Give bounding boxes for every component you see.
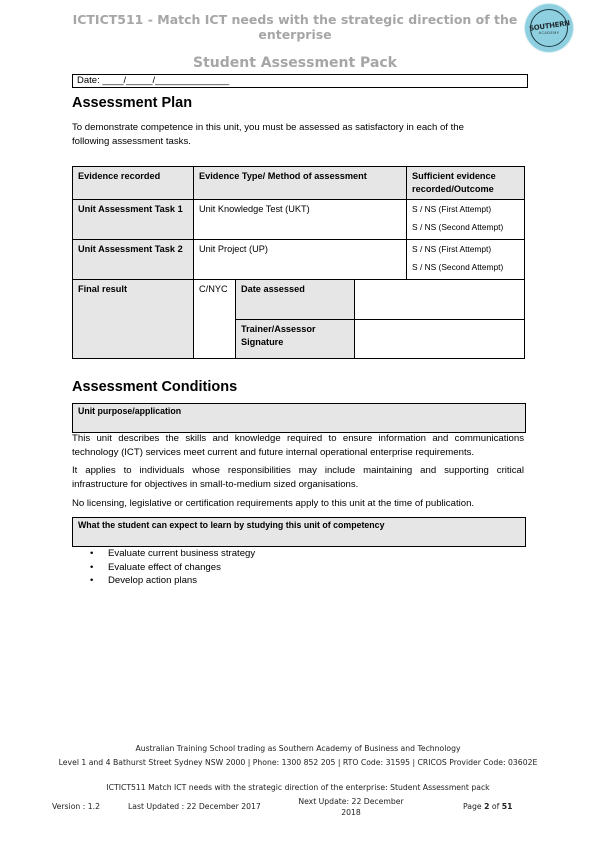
date-field[interactable]: Date: ____/_____/______________ [72, 74, 528, 88]
task-name: Unit Assessment Task 1 [73, 200, 194, 240]
task-outcome[interactable]: S / NS (First Attempt) S / NS (Second At… [407, 200, 525, 240]
footer-organisation: Australian Training School trading as So… [40, 743, 556, 754]
document-title: ICTICT511 - Match ICT needs with the str… [60, 12, 530, 42]
final-result-label: Final result [73, 280, 194, 359]
signature-field[interactable] [355, 320, 525, 359]
column-header: Evidence Type/ Method of assessment [194, 167, 407, 200]
page-of: of [489, 802, 501, 811]
licensing-paragraph: No licensing, legislative or certificati… [72, 497, 524, 511]
assessment-plan-table: Evidence recorded Evidence Type/ Method … [72, 166, 525, 359]
footer-next-update: Next Update: 22 December 2018 [290, 797, 412, 818]
final-result-row: Final result C/NYC Date assessed [73, 280, 525, 320]
final-result-value[interactable]: C/NYC [194, 280, 236, 359]
document-subtitle: Student Assessment Pack [60, 55, 530, 71]
date-assessed-label: Date assessed [236, 280, 355, 320]
unit-applies-paragraph: It applies to individuals whose responsi… [72, 464, 524, 491]
academy-logo: SOUTHERN ACADEMY [525, 4, 573, 52]
logo-ring: SOUTHERN ACADEMY [530, 9, 568, 47]
learning-outcomes-header: What the student can expect to learn by … [72, 517, 526, 547]
table-row: Unit Assessment Task 1 Unit Knowledge Te… [73, 200, 525, 240]
learning-outcomes-list: Evaluate current business strategy Evalu… [72, 547, 255, 588]
list-item: Evaluate current business strategy [108, 547, 255, 561]
task-outcome[interactable]: S / NS (First Attempt) S / NS (Second At… [407, 240, 525, 280]
assessment-plan-heading: Assessment Plan [72, 95, 192, 111]
assessment-plan-intro: To demonstrate competence in this unit, … [72, 121, 492, 148]
date-assessed-field[interactable] [355, 280, 525, 320]
table-header-row: Evidence recorded Evidence Type/ Method … [73, 167, 525, 200]
task-name: Unit Assessment Task 2 [73, 240, 194, 280]
footer-version: Version : 1.2 [52, 802, 100, 813]
outcome-second-attempt[interactable]: S / NS (Second Attempt) [412, 218, 519, 236]
unit-purpose-paragraph: This unit describes the skills and knowl… [72, 432, 524, 459]
outcome-first-attempt[interactable]: S / NS (First Attempt) [412, 200, 519, 218]
outcome-second-attempt[interactable]: S / NS (Second Attempt) [412, 258, 519, 276]
table-row: Unit Assessment Task 2 Unit Project (UP)… [73, 240, 525, 280]
footer-last-updated: Last Updated : 22 December 2017 [128, 802, 261, 813]
footer-page-number: Page 2 of 51 [463, 802, 512, 813]
task-method: Unit Knowledge Test (UKT) [194, 200, 407, 240]
column-header: Evidence recorded [73, 167, 194, 200]
task-method: Unit Project (UP) [194, 240, 407, 280]
list-item: Evaluate effect of changes [108, 561, 255, 575]
unit-purpose-header: Unit purpose/application [72, 403, 526, 433]
list-item: Develop action plans [108, 574, 255, 588]
footer-address: Level 1 and 4 Bathurst Street Sydney NSW… [48, 757, 548, 768]
assessment-conditions-heading: Assessment Conditions [72, 379, 237, 395]
column-header: Sufficient evidence recorded/Outcome [407, 167, 525, 200]
signature-label: Trainer/Assessor Signature [236, 320, 355, 359]
footer-unit-title: ICTICT511 Match ICT needs with the strat… [40, 782, 556, 793]
outcome-first-attempt[interactable]: S / NS (First Attempt) [412, 240, 519, 258]
page-prefix: Page [463, 802, 484, 811]
page-total: 51 [502, 802, 513, 811]
